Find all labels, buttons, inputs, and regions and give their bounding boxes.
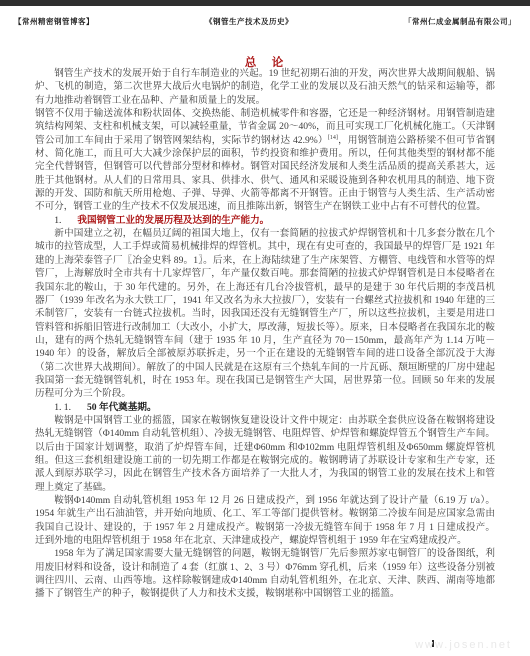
header-right-company-name: 「常州仁成金属制品有限公司」: [404, 16, 516, 27]
document-body: 钢管生产技术的发展开始于自行车制造业的兴起。19 世纪初期石油的开发，两次世界大…: [35, 67, 495, 601]
paragraph-angang-cradle: 鞍钢是中国钢管工业的摇篮，国家在鞍钢恢复建设设计文件中规定：由苏联全套供应设备在…: [35, 414, 495, 494]
heading-2-number: 1. 1.: [54, 402, 71, 413]
heading-2-text: 50 年代奠基期。: [87, 402, 157, 413]
paragraph-angang-production: 鞍钢Φ140mm 自动轧管机组 1953 年 12 月 26 日建成投产，到 1…: [35, 494, 495, 547]
heading-1-text: 我国钢管工业的发展历程及达到的生产能力。: [77, 215, 269, 226]
header-left-blog-name: 【常州精密钢管博客】: [14, 16, 94, 27]
heading-1950s-foundation: 1. 1.50 年代奠基期。: [35, 401, 495, 414]
paragraph-economic-steel: 钢管不仅用于输送流体和粉状固体、交换热能、制造机械零件和容器，它还是一种经济钢材…: [35, 107, 495, 214]
paragraph-1958-expansion: 1958 年为了满足国家需要大量无缝钢管的问题，鞍钢无缝钢管厂先后参照苏家屯铜管…: [35, 547, 495, 600]
paragraph-early-history: 新中国建立之初，在幅员辽阔的祖国大地上，仅有一套简陋的拉拔式炉焊钢管机和十几多套…: [35, 227, 495, 400]
heading-1-number: 1.: [54, 215, 61, 226]
paragraph-economic-steel-post: ，用钢管制造公路桥梁不但可节省钢材、简化施工，而且可大大减少涂保护层的面积，节约…: [35, 135, 495, 213]
page-header: 【常州精密钢管博客】 《钢管生产技术及历史》 「常州仁成金属制品有限公司」: [14, 16, 516, 27]
watermark-url: www.josen.net: [415, 639, 512, 651]
reference-superscript: [14]: [328, 135, 338, 141]
paragraph-intro: 钢管生产技术的发展开始于自行车制造业的兴起。19 世纪初期石油的开发，两次世界大…: [35, 67, 495, 107]
header-center-doc-name: 《钢管生产技术及历史》: [205, 16, 293, 27]
heading-development-history: 1.我国钢管工业的发展历程及达到的生产能力。: [35, 214, 495, 227]
window-top-bar: [0, 0, 530, 6]
document-page: 【常州精密钢管博客】 《钢管生产技术及历史》 「常州仁成金属制品有限公司」 总 …: [0, 0, 530, 656]
